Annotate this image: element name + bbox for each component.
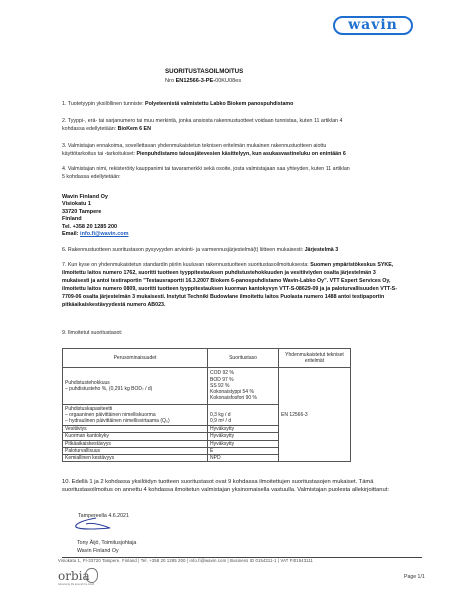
section-2-line-2: kohdassa edellytetään: BioKem 6 EN [62, 126, 151, 134]
section-3-value: Pienpuhdistamo talousjätevesien käsittel… [136, 151, 345, 157]
address-postal: 33720 Tampere [62, 209, 129, 216]
spec-cell: EN 12566-3 [279, 368, 351, 462]
page-number: Page 1/1 [404, 574, 425, 580]
section-1-value: Polyeteenistä valmistettu Labko Biokem p… [145, 101, 293, 107]
wavin-logo-text: wavin [348, 18, 398, 32]
section-6-label: 6. Rakennustuotteen suoritustason pysyvy… [62, 247, 305, 253]
section-3-line-2: käyttötarkoitus tai -tarkoitukset: Pienp… [62, 151, 346, 159]
performance-cell: Hyväksytty [208, 433, 279, 440]
section-1: 1. Tuotetyypin yksilöllinen tunniste: Po… [62, 101, 293, 109]
wavin-logo: wavin [333, 16, 413, 35]
value-phosphorus: Kokonaisfosfori 90 % [210, 395, 276, 401]
performance-cell: Hyväksytty [208, 440, 279, 447]
header-properties: Perusominaisuudet [63, 349, 208, 368]
property-cell: Puhdistuskapasiteetti – orgaaninen päivi… [63, 405, 208, 426]
table-header-row: Perusominaisuudet Suoritustaso Yhdenmuka… [63, 349, 351, 368]
performance-table: Perusominaisuudet Suoritustaso Yhdenmuka… [62, 348, 351, 462]
section-3-line-1: 3. Valmistajan ennakoima, sovellettavan … [62, 143, 326, 151]
table-row: Puhdistustehokkuus – puhdistusteho %, (0… [63, 368, 351, 405]
orbia-logo-icon [85, 568, 98, 583]
section-6-value: Järjestelmä 3 [305, 247, 339, 253]
section-4-line-1: 4. Valmistajan nimi, rekisteröity kauppa… [62, 166, 350, 174]
header-performance: Suoritustaso [208, 349, 279, 368]
performance-cell: NPD [208, 455, 279, 462]
signer-name: Tony Äijö, Toimitusjohtaja [77, 540, 136, 548]
signature-scribble-icon [70, 508, 130, 536]
footer-address: Visiokatu 1, FI-33720 Tampere, Finland |… [58, 558, 313, 563]
address-email-row: Email: info.fi@wavin.com [62, 231, 129, 238]
header-specs: Yhdenmukaistetut tekniset eritelmät [279, 349, 351, 368]
address-country: Finland [62, 216, 129, 223]
nro-prefix: Nro [165, 78, 176, 84]
value-hydraulic-flow: 0,9 m³ / d [210, 418, 276, 424]
address-street: Visiokatu 1 [62, 201, 129, 208]
document-number: Nro EN12566-3-PE-00KU08es [165, 78, 241, 84]
manufacturer-address: Wavin Finland Oy Visiokatu 1 33720 Tampe… [62, 194, 129, 238]
performance-cell: 0,3 kg / d 0,9 m³ / d [208, 405, 279, 426]
nro-rest: 00KU08es [215, 78, 241, 84]
section-4-line-2: 5 kohdassa edellytetään: [62, 174, 121, 182]
document-title: SUORITUSTASOILMOITUS [165, 68, 243, 75]
email-link[interactable]: info.fi@wavin.com [80, 231, 128, 237]
address-phone: Tel. +358 20 1285 200 [62, 224, 129, 231]
section-7-value: Suomen ympäristökeskus SYKE, ilmoitettu … [62, 262, 397, 308]
property-sub: – puhdistusteho %, (0,291 kg BOD₇ / d) [65, 386, 205, 392]
performance-cell: COD 92 % BOD 97 % SS 92 % Kokonaistyppi … [208, 368, 279, 405]
property-cell: Kemiallinen kestävyys [63, 455, 208, 462]
section-7: 7. Kun kyse on yhdenmukaistetun standard… [62, 262, 397, 309]
performance-cell: Hyväksytty [208, 426, 279, 433]
property-cell: Pitkäaikaiskestävyys [63, 440, 208, 447]
section-2-line-1: 2. Tyyppi-, erä- tai sarjanumero tai muu… [62, 118, 342, 126]
signer-company: Wavin Finland Oy [77, 548, 119, 556]
section-3-label: käyttötarkoitus tai -tarkoitukset: [62, 151, 136, 157]
performance-cell: E [208, 447, 279, 454]
section-9-label: 9. Ilmoitetut suoritustasot: [62, 330, 122, 338]
section-6: 6. Rakennustuotteen suoritustason pysyvy… [62, 247, 338, 255]
email-label: Email: [62, 231, 80, 237]
property-cell: Vesitiiviys [63, 426, 208, 433]
property-sub: – hydraulinen päivittäinen nimellisvirta… [65, 418, 205, 424]
property-cell: Puhdistustehokkuus – puhdistusteho %, (0… [63, 368, 208, 405]
section-7-label: 7. Kun kyse on yhdenmukaistetun standard… [62, 262, 310, 268]
section-10: 10. Edellä 1 ja 2 kohdassa yksilöidyn tu… [62, 478, 402, 494]
address-company: Wavin Finland Oy [62, 194, 129, 201]
section-2-value: BioKem 6 EN [118, 126, 151, 132]
orbia-tagline: Advancing life around the world [58, 583, 94, 586]
nro-bold: EN12566-3-PE- [176, 78, 216, 84]
section-1-label: 1. Tuotetyypin yksilöllinen tunniste: [62, 101, 145, 107]
section-2-label: kohdassa edellytetään: [62, 126, 118, 132]
property-cell: Kuorman kantokyky [63, 433, 208, 440]
property-cell: Paloturvallisuus [63, 447, 208, 454]
